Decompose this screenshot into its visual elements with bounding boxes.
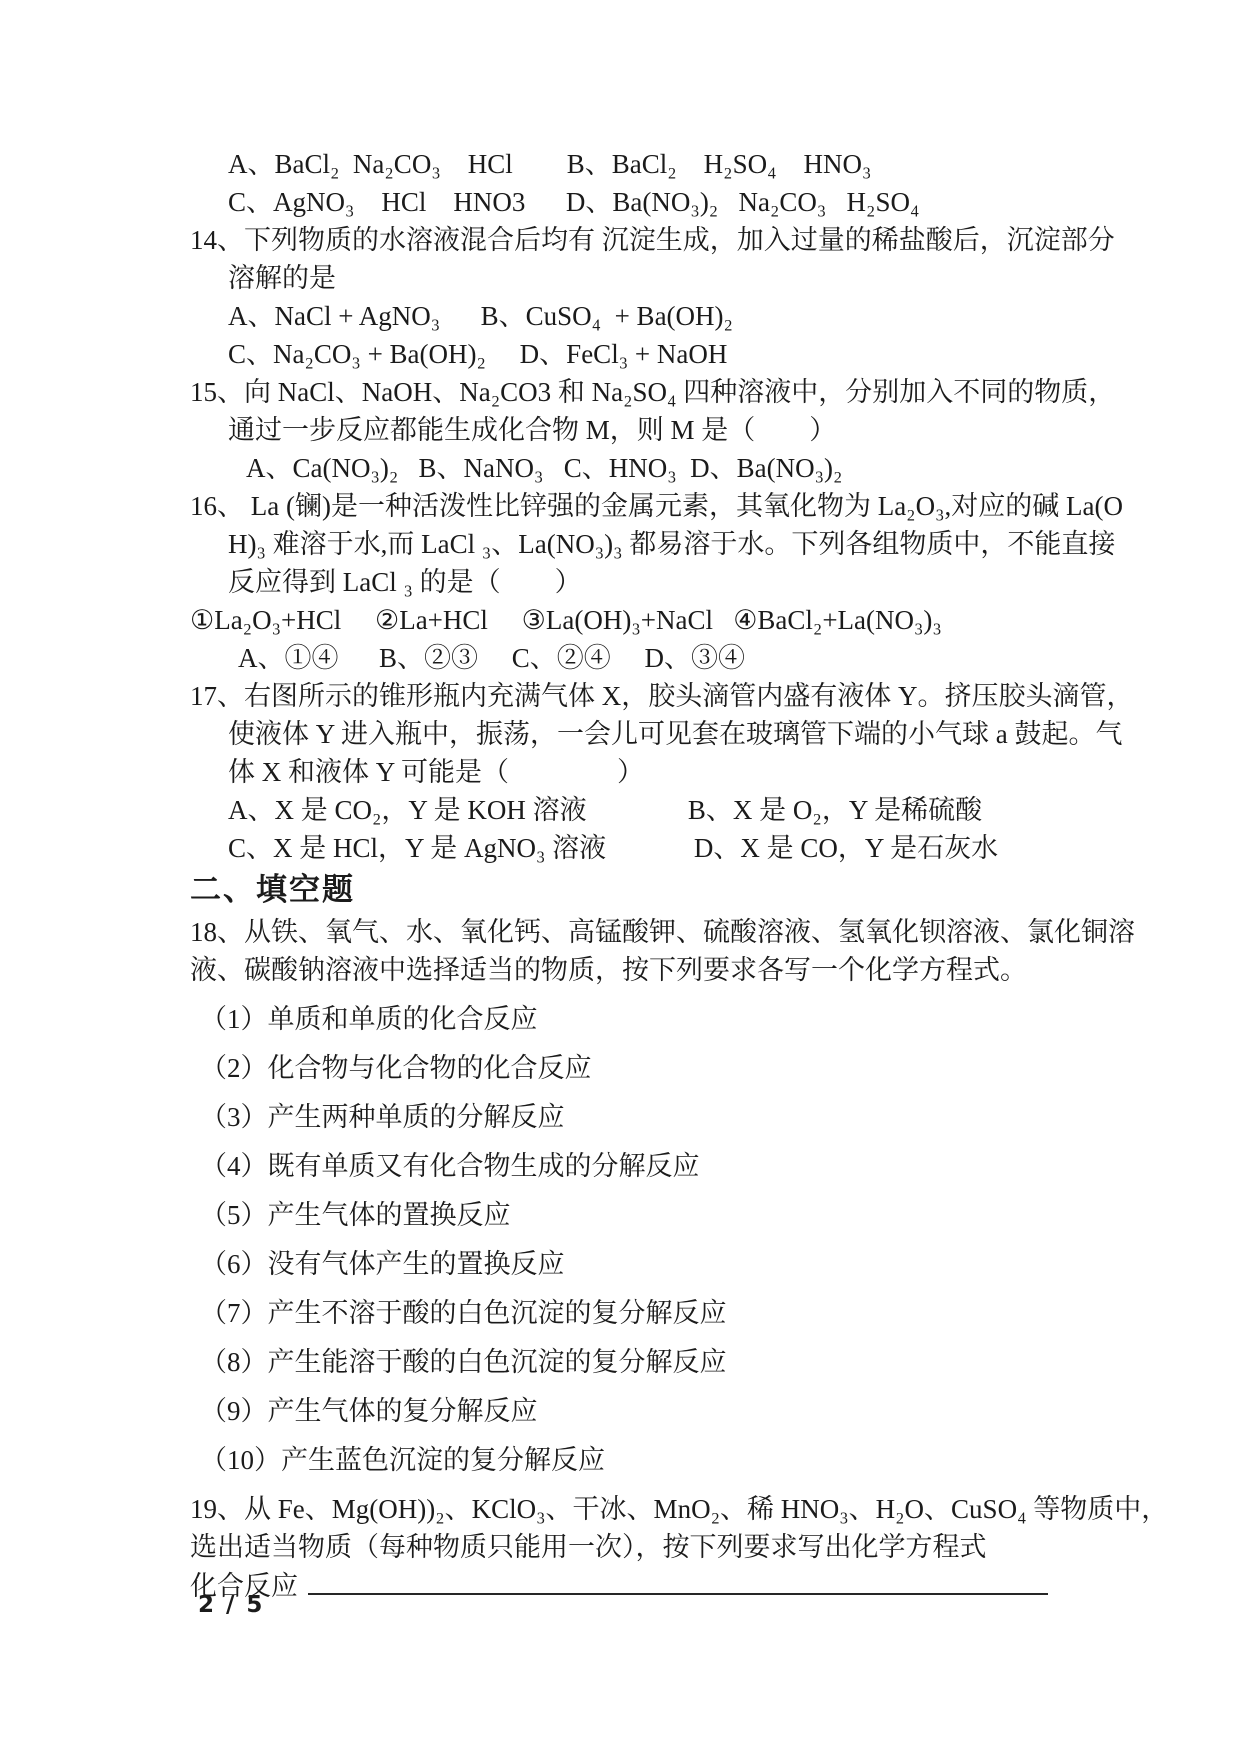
text-line: 17、右图所示的锥形瓶内充满气体 X，胶头滴管内盛有液体 Y。挤压胶头滴管，: [190, 677, 1150, 715]
text-line: 18、从铁、氧气、水、氧化钙、高锰酸钾、硫酸溶液、氢氧化钡溶液、氯化铜溶: [190, 913, 1150, 951]
text-line: A、①④ B、②③ C、②④ D、③④: [190, 639, 1150, 677]
text-line: 通过一步反应都能生成化合物 M，则 M 是（ ）: [190, 411, 1150, 449]
text-line: C、X 是 HCl，Y 是 AgNO₃ 溶液 D、X 是 CO，Y 是石灰水: [190, 829, 1150, 867]
text-line: 16、 La (镧)是一种活泼性比锌强的金属元素，其氧化物为 La₂O₃,对应的…: [190, 487, 1150, 525]
text-line: H)₃ 难溶于水,而 LaCl ₃、La(NO₃)₃ 都易溶于水。下列各组物质中…: [190, 525, 1150, 563]
document-page: A、BaCl₂ Na₂CO₃ HCl B、BaCl₂ H₂SO₄ HNO₃C、A…: [0, 0, 1241, 1754]
document-body: A、BaCl₂ Na₂CO₃ HCl B、BaCl₂ H₂SO₄ HNO₃C、A…: [190, 145, 1150, 1605]
text-line: 15、向 NaCl、NaOH、Na₂CO3 和 Na₂SO₄ 四种溶液中，分别加…: [190, 373, 1150, 411]
text-line: 化合反应: [190, 1566, 1150, 1605]
text-line: 使液体 Y 进入瓶中，振荡，一会儿可见套在玻璃管下端的小气球 a 鼓起。气: [190, 715, 1150, 753]
text-line: A、BaCl₂ Na₂CO₃ HCl B、BaCl₂ H₂SO₄ HNO₃: [190, 145, 1150, 183]
text-line: 14、下列物质的水溶液混合后均有 沉淀生成，加入过量的稀盐酸后，沉淀部分: [190, 221, 1150, 259]
text-line: 19、从 Fe、Mg(OH))₂、KClO₃、干冰、MnO₂、稀 HNO₃、H₂…: [190, 1490, 1150, 1528]
text-line: （7）产生不溶于酸的白色沉淀的复分解反应: [190, 1294, 1150, 1332]
text-line: （1）单质和单质的化合反应: [190, 1000, 1150, 1038]
text-line: 液、碳酸钠溶液中选择适当的物质，按下列要求各写一个化学方程式。: [190, 951, 1150, 989]
text-line: （2）化合物与化合物的化合反应: [190, 1049, 1150, 1087]
page-number: 2 / 5: [198, 1592, 264, 1618]
text-line: ①La₂O₃+HCl ②La+HCl ③La(OH)₃+NaCl ④BaCl₂+…: [190, 601, 1150, 639]
text-line: 溶解的是: [190, 259, 1150, 297]
text-line: （6）没有气体产生的置换反应: [190, 1245, 1150, 1283]
answer-blank: [308, 1566, 1048, 1595]
text-line: A、Ca(NO₃)₂ B、NaNO₃ C、HNO₃ D、Ba(NO₃)₂: [190, 449, 1150, 487]
text-line: A、X 是 CO₂，Y 是 KOH 溶液 B、X 是 O₂，Y 是稀硫酸: [190, 791, 1150, 829]
text-line: （10）产生蓝色沉淀的复分解反应: [190, 1441, 1150, 1479]
text-line: C、Na₂CO₃ + Ba(OH)₂ D、FeCl₃ + NaOH: [190, 335, 1150, 373]
text-line: 反应得到 LaCl ₃ 的是（ ）: [190, 563, 1150, 601]
text-line: （3）产生两种单质的分解反应: [190, 1098, 1150, 1136]
text-line: A、NaCl + AgNO₃ B、CuSO₄ + Ba(OH)₂: [190, 297, 1150, 335]
text-line: （4）既有单质又有化合物生成的分解反应: [190, 1147, 1150, 1185]
text-line: C、AgNO₃ HCl HNO3 D、Ba(NO₃)₂ Na₂CO₃ H₂SO₄: [190, 183, 1150, 221]
text-line: 二、填空题: [190, 867, 1150, 913]
text-line: （9）产生气体的复分解反应: [190, 1392, 1150, 1430]
text-line: 体 X 和液体 Y 可能是（ ）: [190, 753, 1150, 791]
text-line: （8）产生能溶于酸的白色沉淀的复分解反应: [190, 1343, 1150, 1381]
text-line: 选出适当物质（每种物质只能用一次），按下列要求写出化学方程式: [190, 1528, 1150, 1566]
text-line: （5）产生气体的置换反应: [190, 1196, 1150, 1234]
